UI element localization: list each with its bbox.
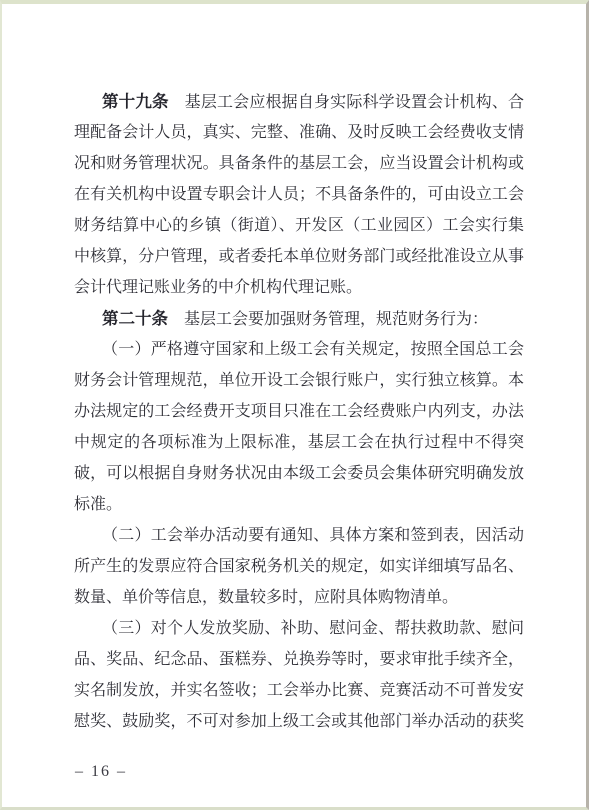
text-line: 实名制发放，并实名签收；工会举办比赛、竞赛活动不可普发安 [74,675,524,706]
document-page: 第十九条基层工会应根据自身实际科学设置会计机构、合理配备会计人员，真实、完整、准… [0,0,589,810]
text-line: 财务结算中心的乡镇（街道）、开发区（工业园区）工会实行集 [74,210,524,241]
text-line: 标准。 [74,489,524,520]
text-line: （二）工会举办活动要有通知、具体方案和签到表，因活动 [74,520,524,551]
text-line: 会计代理记账业务的中介机构代理记账。 [74,272,524,303]
text-line: 破，可以根据自身财务状况由本级工会委员会集体研究明确发放 [74,458,524,489]
page-number: – 16 – [75,761,127,783]
text-line: 第二十条基层工会要加强财务管理，规范财务行为： [74,303,524,334]
document-body: 第十九条基层工会应根据自身实际科学设置会计机构、合理配备会计人员，真实、完整、准… [74,86,524,737]
article-number: 第十九条 [102,92,169,111]
text-line: 办法规定的工会经费开支项目只准在工会经费账户内列支，办法 [74,396,524,427]
text-line: 中核算，分户管理，或者委托本单位财务部门或经批准设立从事 [74,241,524,272]
text-line: （一）严格遵守国家和上级工会有关规定，按照全国总工会 [74,334,524,365]
text-line: 在有关机构中设置专职会计人员；不具备条件的，可由设立工会 [74,179,524,210]
text-line: 财务会计管理规范，单位开设工会银行账户，实行独立核算。本 [74,365,524,396]
text-line: 第十九条基层工会应根据自身实际科学设置会计机构、合 [74,86,524,117]
text-line: 中规定的各项标准为上限标准，基层工会在执行过程中不得突 [74,427,524,458]
text-line: 所产生的发票应符合国家税务机关的规定，如实详细填写品名、 [74,551,524,582]
text-line: 慰奖、鼓励奖，不可对参加上级工会或其他部门举办活动的获奖 [74,706,524,737]
text-line: 品、奖品、纪念品、蛋糕券、兑换券等时，要求审批手续齐全， [74,644,524,675]
text-line: 数量、单价等信息，数量较多时，应附具体购物清单。 [74,582,524,613]
text-line: （三）对个人发放奖励、补助、慰问金、帮扶救助款、慰问 [74,613,524,644]
text-line: 况和财务管理状况。具备条件的基层工会，应当设置会计机构或 [74,148,524,179]
text-line: 理配备会计人员，真实、完整、准确、及时反映工会经费收支情 [74,117,524,148]
article-number: 第二十条 [102,309,168,328]
